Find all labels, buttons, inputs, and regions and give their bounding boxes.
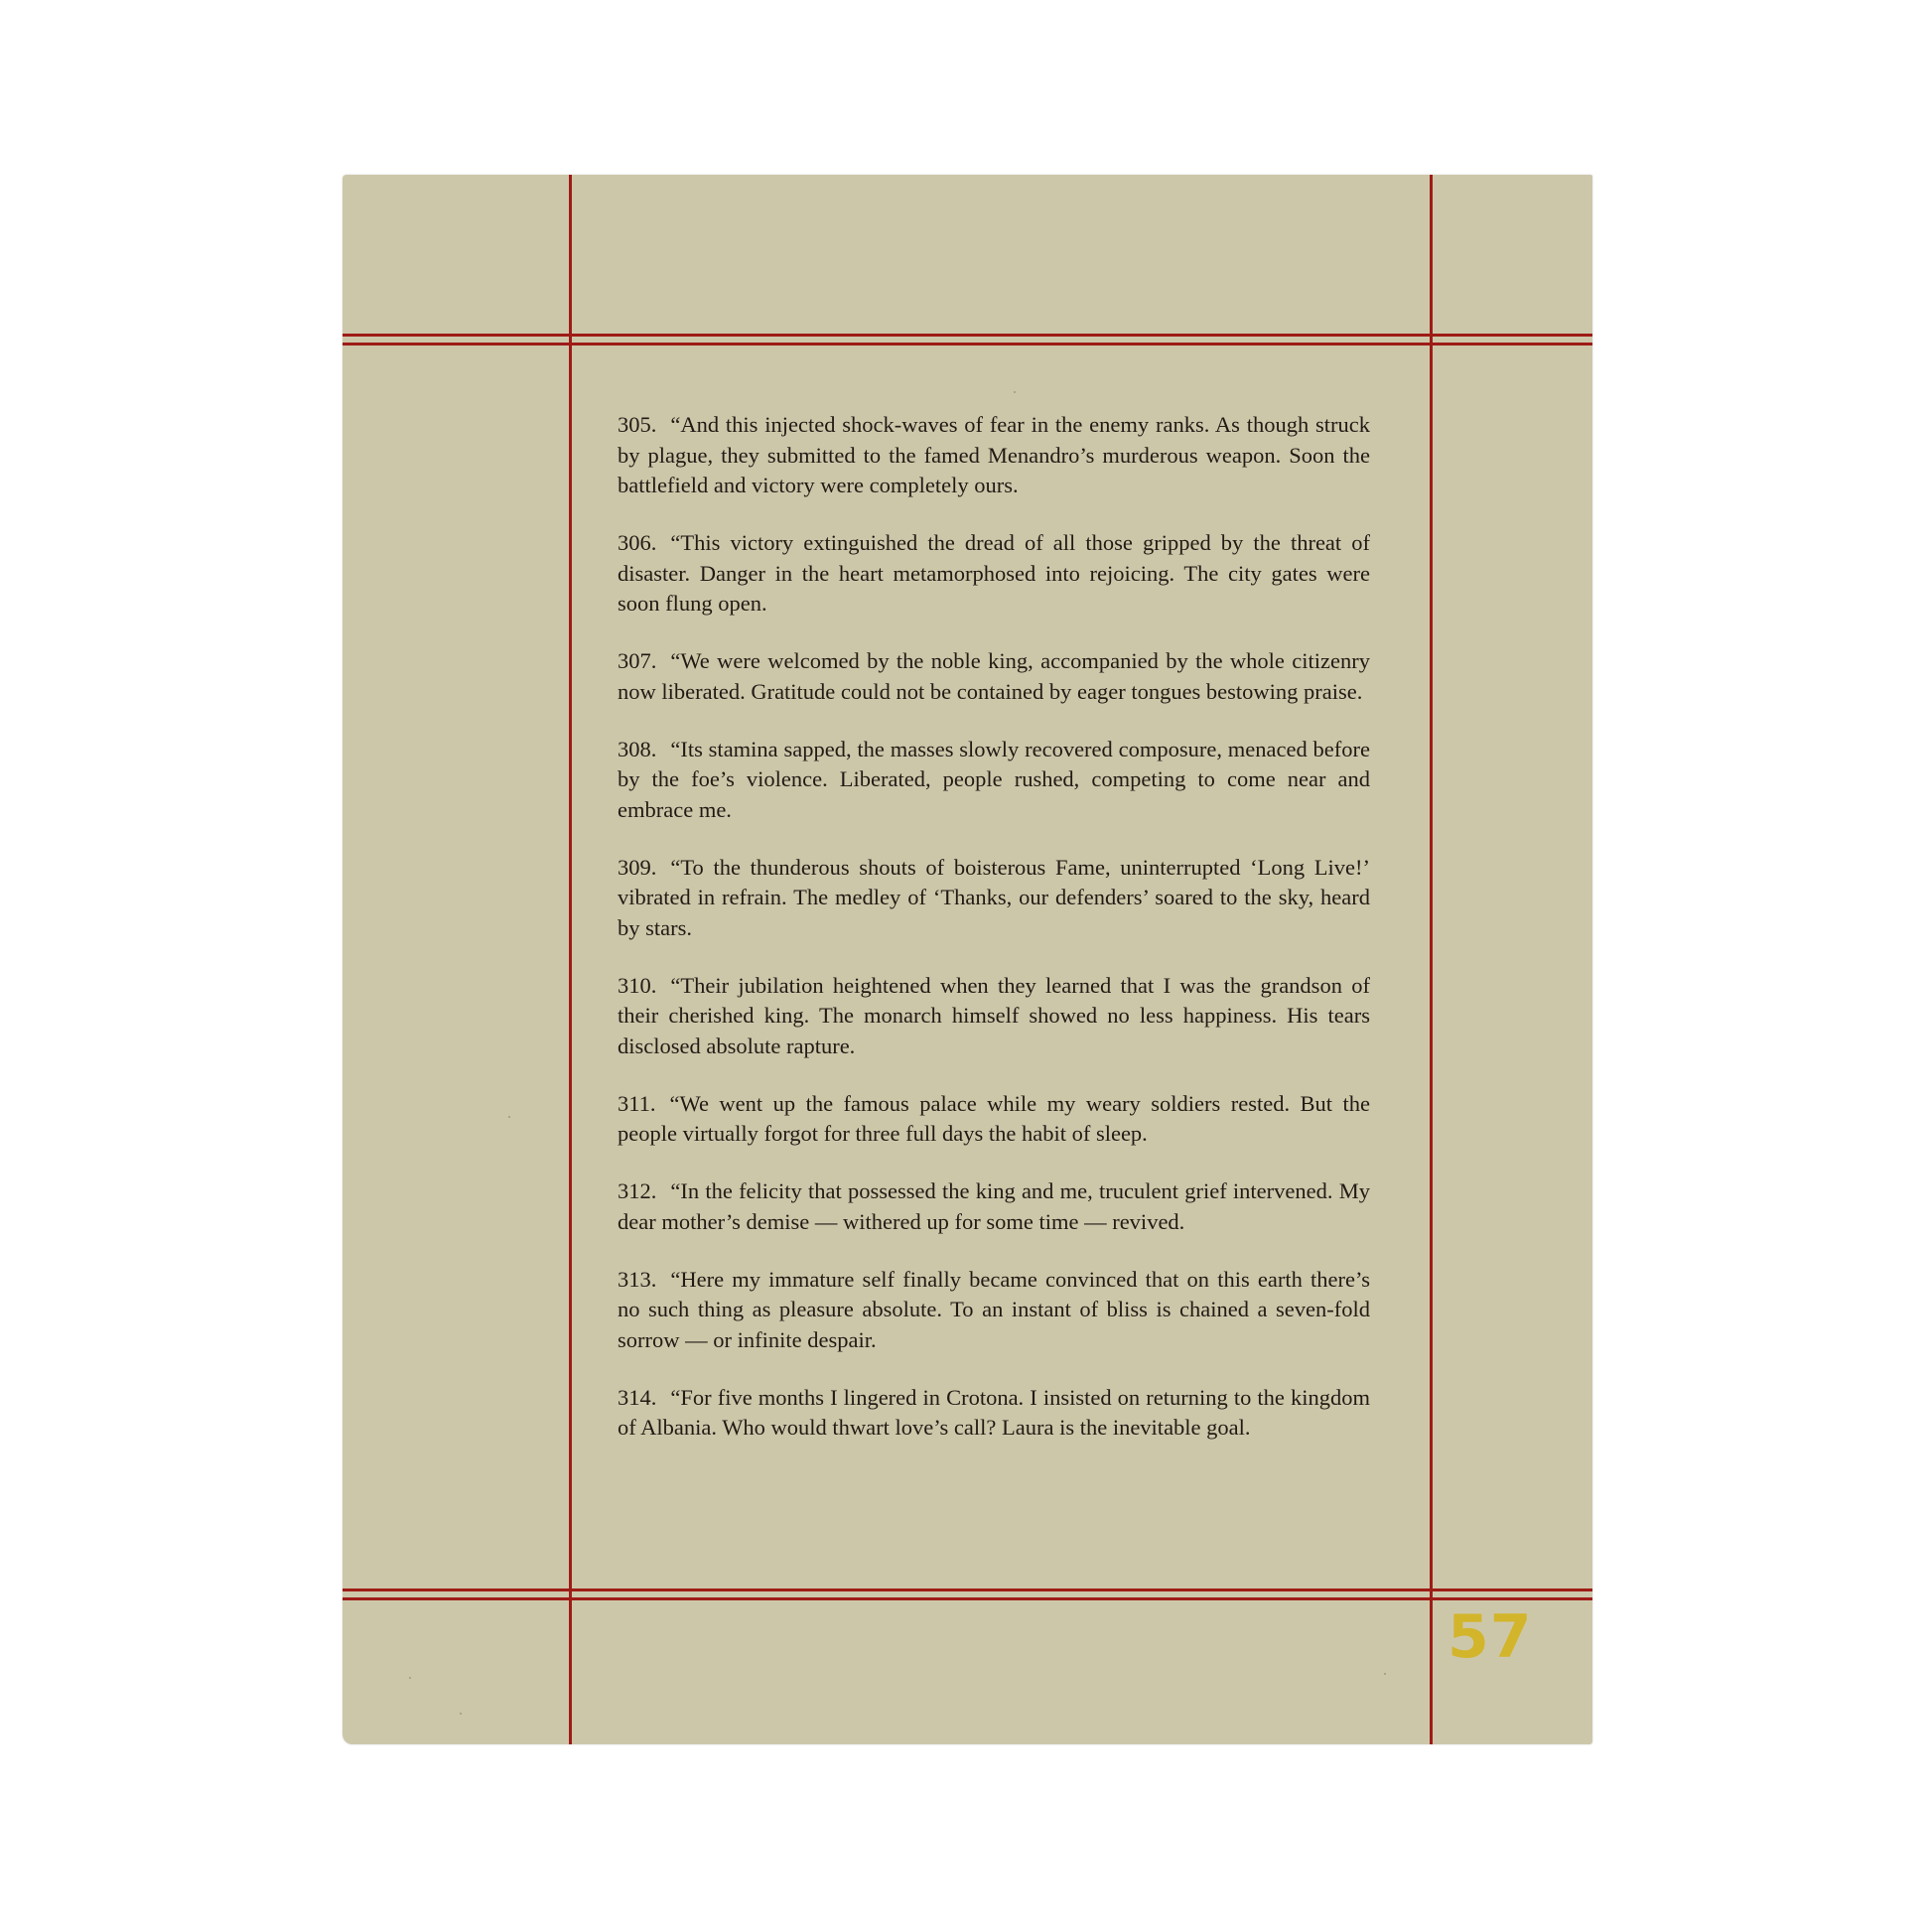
paragraph-number: 308. <box>618 737 656 761</box>
left-margin-rule <box>569 175 572 1744</box>
paragraph-number: 310. <box>618 973 656 998</box>
paragraph-311: 311.“We went up the famous palace while … <box>618 1089 1370 1150</box>
paragraph-text: “In the felicity that possessed the king… <box>618 1178 1370 1234</box>
paragraph-308: 308.“Its stamina sapped, the masses slow… <box>618 735 1370 826</box>
paragraph-number: 311. <box>618 1091 656 1116</box>
paragraph-310: 310.“Their jubilation heightened when th… <box>618 971 1370 1062</box>
right-margin-rule <box>1430 175 1433 1744</box>
paragraph-text: “Its stamina sapped, the masses slowly r… <box>618 737 1370 822</box>
paragraph-314: 314.“For five months I lingered in Croto… <box>618 1383 1370 1444</box>
top-rule-outer <box>343 334 1592 337</box>
paper-speck <box>508 1116 510 1118</box>
paragraph-number: 309. <box>618 855 656 880</box>
paragraph-number: 313. <box>618 1267 656 1292</box>
paragraph-305: 305.“And this injected shock-waves of fe… <box>618 410 1370 501</box>
paragraph-309: 309.“To the thunderous shouts of boister… <box>618 853 1370 944</box>
paragraph-307: 307.“We were welcomed by the noble king,… <box>618 646 1370 707</box>
paper-speck <box>460 1713 462 1715</box>
book-page: 305.“And this injected shock-waves of fe… <box>343 175 1592 1744</box>
paragraph-number: 314. <box>618 1385 656 1410</box>
paragraph-text: “To the thunderous shouts of boisterous … <box>618 855 1370 940</box>
paragraph-text: “We went up the famous palace while my w… <box>618 1091 1370 1147</box>
bottom-rule-outer <box>343 1588 1592 1591</box>
bottom-rule-inner <box>343 1597 1592 1600</box>
paragraph-306: 306.“This victory extinguished the dread… <box>618 528 1370 620</box>
body-text: 305.“And this injected shock-waves of fe… <box>618 410 1370 1470</box>
paragraph-number: 305. <box>618 412 656 437</box>
paper-speck <box>409 1677 411 1679</box>
paragraph-text: “Their jubilation heightened when they l… <box>618 973 1370 1058</box>
paper-speck <box>1384 1673 1386 1675</box>
paragraph-number: 306. <box>618 530 656 555</box>
paragraph-text: “This victory extinguished the dread of … <box>618 530 1370 616</box>
paragraph-number: 312. <box>618 1178 656 1203</box>
paragraph-number: 307. <box>618 648 656 673</box>
paper-speck <box>1014 391 1016 393</box>
paragraph-313: 313.“Here my immature self finally becam… <box>618 1265 1370 1356</box>
paragraph-312: 312.“In the felicity that possessed the … <box>618 1176 1370 1237</box>
paragraph-text: “For five months I lingered in Crotona. … <box>618 1385 1370 1441</box>
paragraph-text: “We were welcomed by the noble king, acc… <box>618 648 1370 704</box>
top-rule-inner <box>343 343 1592 345</box>
paragraph-text: “And this injected shock-waves of fear i… <box>618 412 1370 497</box>
page-number: 57 <box>1448 1607 1533 1667</box>
paragraph-text: “Here my immature self finally became co… <box>618 1267 1370 1352</box>
